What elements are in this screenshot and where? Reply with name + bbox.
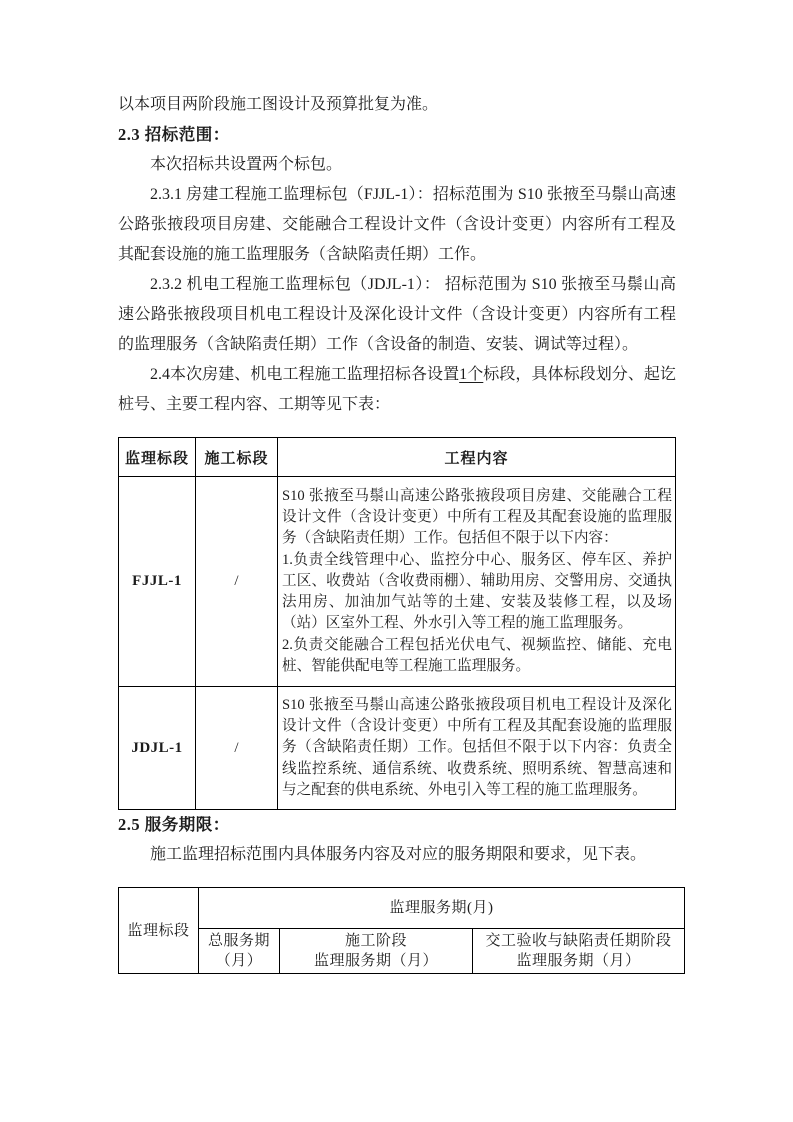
section-2-5-heading: 2.5 服务期限： <box>118 810 676 840</box>
table-row-fjjl: FJJL-1 / S10 张掖至马鬃山高速公路张掖段项目房建、交能融合工程设计文… <box>119 477 676 687</box>
page-content: 以本项目两阶段施工图设计及预算批复为准。 2.3 招标范围： 本次招标共设置两个… <box>118 90 676 974</box>
cell-construction-phase-period-header: 施工阶段 监理服务期（月） <box>280 929 473 974</box>
cell-supervision-section: JDJL-1 <box>119 687 196 810</box>
paragraph-2-3: 本次招标共设置两个标包。 <box>118 150 676 180</box>
document-page: 以本项目两阶段施工图设计及预算批复为准。 2.3 招标范围： 本次招标共设置两个… <box>0 0 793 1122</box>
table-row-jdjl: JDJL-1 / S10 张掖至马鬃山高速公路张掖段项目机电工程设计及深化设计文… <box>119 687 676 810</box>
paragraph-2-4-underlined-text: 1个 <box>459 366 483 383</box>
cell-supervision-section: FJJL-1 <box>119 477 196 687</box>
header-supervision-section: 监理标段 <box>119 438 196 477</box>
header-work-content: 工程内容 <box>278 438 676 477</box>
table-row-sub-headers: 总服务期 （月） 施工阶段 监理服务期（月） 交工验收与缺陷责任期阶段 监理服务… <box>119 929 685 974</box>
paragraph-2-4: 2.4本次房建、机电工程施工监理招标各设置1个标段，具体标段划分、起讫桩号、主要… <box>118 360 676 420</box>
paragraph-2-3-1: 2.3.1 房建工程施工监理标包（FJJL-1）：招标范围为 S10 张掖至马鬃… <box>118 180 676 270</box>
cell-acceptance-defect-phase-period-header: 交工验收与缺陷责任期阶段 监理服务期（月） <box>473 929 685 974</box>
table-row-group-header: 监理标段 监理服务期(月) <box>119 888 685 929</box>
paragraph-intro: 以本项目两阶段施工图设计及预算批复为准。 <box>118 90 676 120</box>
paragraph-2-3-2: 2.3.2 机电工程施工监理标包（JDJL-1）： 招标范围为 S10 张掖至马… <box>118 270 676 360</box>
cell-work-content: S10 张掖至马鬃山高速公路张掖段项目机电工程设计及深化设计文件（含设计变更）中… <box>278 687 676 810</box>
service-period-table: 监理标段 监理服务期(月) 总服务期 （月） 施工阶段 监理服务期（月） 交工验… <box>118 887 685 974</box>
table-header-row: 监理标段 施工标段 工程内容 <box>119 438 676 477</box>
cell-work-content: S10 张掖至马鬃山高速公路张掖段项目房建、交能融合工程设计文件（含设计变更）中… <box>278 477 676 687</box>
cell-service-period-group-header: 监理服务期(月) <box>199 888 685 929</box>
work-content-table: 监理标段 施工标段 工程内容 FJJL-1 / S10 张掖至马鬃山高速公路张掖… <box>118 437 676 810</box>
cell-construction-section: / <box>196 687 278 810</box>
cell-construction-section: / <box>196 477 278 687</box>
cell-total-service-period-header: 总服务期 （月） <box>199 929 280 974</box>
paragraph-2-5: 施工监理招标范围内具体服务内容及对应的服务期限和要求，见下表。 <box>118 840 676 870</box>
section-2-3-heading: 2.3 招标范围： <box>118 120 676 150</box>
header-construction-section: 施工标段 <box>196 438 278 477</box>
cell-supervision-section-header: 监理标段 <box>119 888 199 974</box>
paragraph-2-4-prefix: 2.4本次房建、机电工程施工监理招标各设置 <box>150 366 459 383</box>
